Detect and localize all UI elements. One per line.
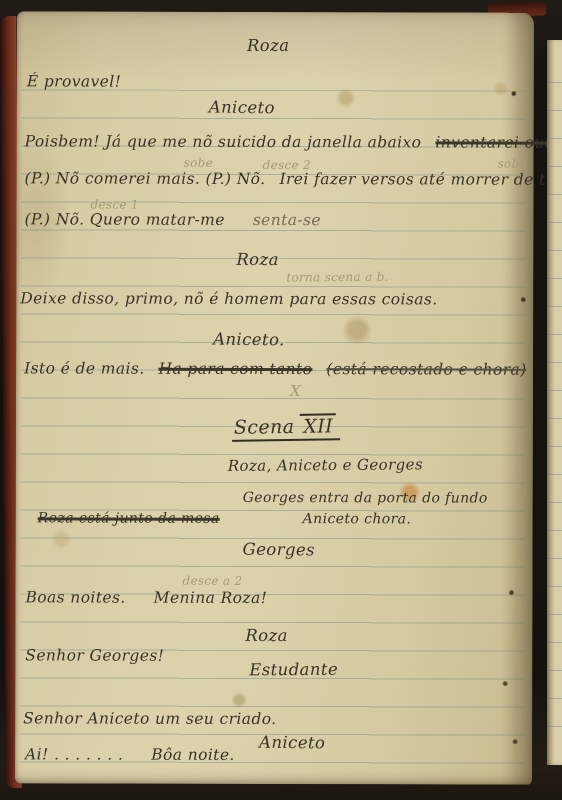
pencil-note-sobe-1: sobe <box>184 156 213 170</box>
dialogue-senhor-georges: Senhor Georges! <box>25 646 164 664</box>
dialogue-menina-roza: Menina Roza! <box>154 589 268 607</box>
dialogue-poisbem-text: Poisbem! Já que me nõ suicido da janella… <box>25 132 422 151</box>
character-heading-roza-top: Roza <box>247 36 290 55</box>
character-heading-roza-3: Roza <box>245 626 288 645</box>
struck-inventarei: inventarei outra maneira <box>435 133 562 152</box>
struck-recostado: (está recostado e chora) <box>326 360 526 379</box>
dialogue-boas-noites-text: Boas noites. <box>25 588 125 606</box>
scene-heading: ScenaXII <box>232 415 341 439</box>
ruled-lines <box>549 82 562 735</box>
dialogue-poisbem: Poisbem! Já que me nõ suicido da janella… <box>25 132 562 152</box>
character-heading-georges: Georges <box>242 540 315 560</box>
struck-roza-junto: Roza está junto da mesa <box>38 510 220 526</box>
dialogue-isto-text: Isto é de mais. <box>24 359 145 377</box>
stage-direction-senta-se: senta-se <box>253 211 321 229</box>
dialogue-ai-boa-noite: Ai! . . . . . . .Bôa noite. <box>25 745 235 764</box>
manuscript-photo: Roza É provavel! Aniceto Poisbem! Já que… <box>0 0 562 800</box>
pencil-x-mark: X <box>290 382 301 400</box>
dialogue-ai-text: Ai! . . . . . . . <box>25 745 123 763</box>
dialogue-isto-e-demais: Isto é de mais.Ha para com tanto(está re… <box>24 359 527 378</box>
stage-direction-georges-entra: Georges entra da porta do fundo <box>243 490 488 507</box>
stage-direction-aniceto-chora: Aniceto chora. <box>303 511 412 527</box>
dialogue-nao-comerei-text: (P.) Nõ comerei mais. (P.) Nõ. <box>25 169 266 188</box>
pencil-note-desce-1: desce 1 <box>90 198 138 212</box>
dialogue-nao-quero-text: (P.) Nõ. Quero matar-me <box>24 210 224 229</box>
dialogue-senhor-aniceto: Senhor Aniceto um seu criado. <box>23 709 276 728</box>
dialogue-deixe-disso: Deixe disso, primo, nõ é homem para essa… <box>20 289 437 308</box>
cast-list: Roza, Aniceto e Georges <box>228 455 423 475</box>
scene-word: Scena <box>234 416 295 439</box>
scene-heading-text: ScenaXII <box>232 415 341 442</box>
character-heading-aniceto-1: Aniceto <box>209 98 275 118</box>
facing-page-sliver <box>547 40 562 765</box>
scene-number: XII <box>300 413 336 438</box>
character-heading-estudante: Estudante <box>249 660 338 680</box>
struck-ha-para: Ha para com tanto <box>159 360 313 378</box>
dialogue-nao-comerei: (P.) Nõ comerei mais. (P.) Nõ.Irei fazer… <box>25 169 562 189</box>
dialogue-boas-noites: Boas noites.Menina Roza! <box>25 588 267 607</box>
pencil-note-torna-scena: torna scena a b. <box>286 270 389 285</box>
pencil-note-desce-a-2: desce a 2 <box>183 574 243 588</box>
character-heading-aniceto-3: Aniceto <box>259 733 325 753</box>
pencil-note-sobe-2: sobe <box>498 157 527 171</box>
character-heading-aniceto-2: Aniceto. <box>213 330 285 350</box>
dialogue-e-provavel: É provavel! <box>27 72 121 90</box>
dialogue-boa-noite-text: Bôa noite. <box>151 746 235 764</box>
notebook-page: Roza É provavel! Aniceto Poisbem! Já que… <box>15 11 534 784</box>
character-heading-roza-2: Roza <box>236 250 279 269</box>
dialogue-nao-quero: (P.) Nõ. Quero matar-mesenta-se <box>24 210 321 229</box>
dialogue-irei-fazer: Irei fazer versos até morrer de tristeza… <box>279 170 562 189</box>
